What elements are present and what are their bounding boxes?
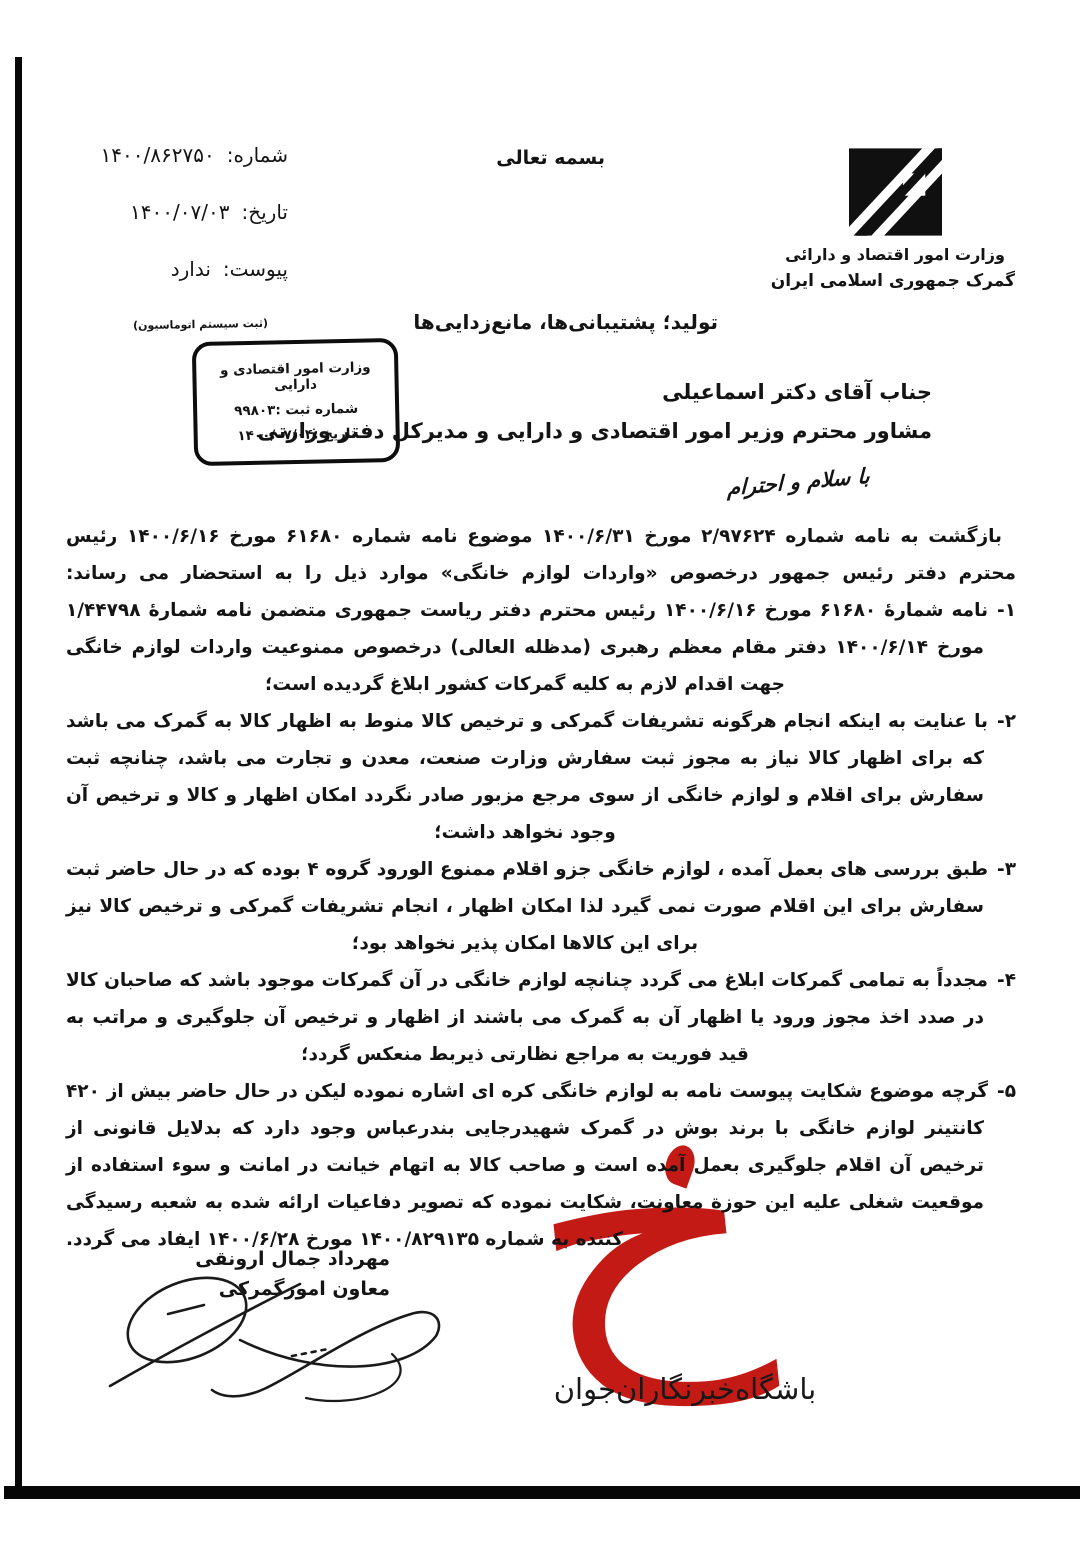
item-1-text: نامه شمارهٔ ۶۱۶۸۰ مورخ ۱۴۰۰/۶/۱۶ رئیس مح… <box>66 600 988 695</box>
body-item-3: ۳-طبق بررسی های بعمل آمده ، لوازم خانگی … <box>66 851 1016 962</box>
letter-meta: شماره:۱۴۰۰/۸۶۲۷۵۰ تاریخ:۱۴۰۰/۰۷/۰۳ پیوست… <box>70 142 288 313</box>
item-1-number: ۱- <box>997 600 1016 621</box>
item-5-number: ۵- <box>997 1081 1016 1102</box>
recipient-block: جناب آقای دکتر اسماعیلی مشاور محترم وزیر… <box>257 380 932 443</box>
year-slogan: تولید؛ پشتیبانی‌ها، مانع‌زدایی‌ها <box>448 310 718 334</box>
letter-number-value: ۱۴۰۰/۸۶۲۷۵۰ <box>101 143 215 167</box>
letter-body: بازگشت به نامه شماره ۲/۹۷۶۲۴ مورخ ۱۴۰۰/۶… <box>66 518 1016 1258</box>
item-3-text: طبق بررسی های بعمل آمده ، لوازم خانگی جز… <box>66 859 988 954</box>
item-5-text: گرچه موضوع شکایت پیوست نامه به لوازم خان… <box>66 1081 988 1250</box>
yjc-wordmark: باشگاه‌خبرنگاران‌جوان <box>550 1372 820 1406</box>
recipient-title: مشاور محترم وزیر امور اقتصادی و دارایی و… <box>257 419 932 443</box>
body-item-4: ۴-مجدداً به تمامی گمرکات ابلاغ می گردد چ… <box>66 962 1016 1073</box>
body-intro: بازگشت به نامه شماره ۲/۹۷۶۲۴ مورخ ۱۴۰۰/۶… <box>66 518 1016 592</box>
body-item-1: ۱-نامه شمارهٔ ۶۱۶۸۰ مورخ ۱۴۰۰/۶/۱۶ رئیس … <box>66 592 1016 703</box>
letter-attachment-label: پیوست: <box>223 257 288 281</box>
item-4-number: ۴- <box>997 970 1016 991</box>
scan-border-bottom <box>4 1486 1080 1499</box>
letter-attachment-row: پیوست:ندارد <box>70 256 288 283</box>
signature-scribble <box>92 1258 452 1408</box>
customs-name: گمرک جمهوری اسلامی ایران <box>775 271 1015 291</box>
ministry-name: وزارت امور اقتصاد و دارائی <box>775 245 1015 264</box>
letter-number-label: شماره: <box>227 143 288 167</box>
besmellah: بسمه تعالی <box>505 147 605 169</box>
body-item-2: ۲-با عنایت به اینکه انجام هرگونه تشریفات… <box>66 703 1016 851</box>
stamp-note: (ثبت سیستم اتوماسیون) <box>133 317 268 332</box>
letter-date-row: تاریخ:۱۴۰۰/۰۷/۰۳ <box>70 199 288 226</box>
customs-logo-icon <box>849 148 942 236</box>
scanned-letter-page: شماره:۱۴۰۰/۸۶۲۷۵۰ تاریخ:۱۴۰۰/۰۷/۰۳ پیوست… <box>0 0 1080 1541</box>
body-item-5: ۵-گرچه موضوع شکایت پیوست نامه به لوازم خ… <box>66 1073 1016 1258</box>
item-2-number: ۲- <box>997 711 1016 732</box>
recipient-name: جناب آقای دکتر اسماعیلی <box>257 380 932 404</box>
scan-border-left <box>15 57 22 1491</box>
item-3-number: ۳- <box>997 859 1016 880</box>
item-2-text: با عنایت به اینکه انجام هرگونه تشریفات گ… <box>66 711 988 843</box>
letter-number-row: شماره:۱۴۰۰/۸۶۲۷۵۰ <box>70 142 288 169</box>
letter-attachment-value: ندارد <box>171 257 211 281</box>
letter-date-label: تاریخ: <box>241 200 288 224</box>
letter-date-value: ۱۴۰۰/۰۷/۰۳ <box>130 200 229 224</box>
item-4-text: مجدداً به تمامی گمرکات ابلاغ می گردد چنا… <box>66 970 988 1065</box>
org-block: وزارت امور اقتصاد و دارائی گمرک جمهوری ا… <box>775 148 1015 291</box>
handwritten-greeting: با سلام و احترام <box>727 464 870 501</box>
